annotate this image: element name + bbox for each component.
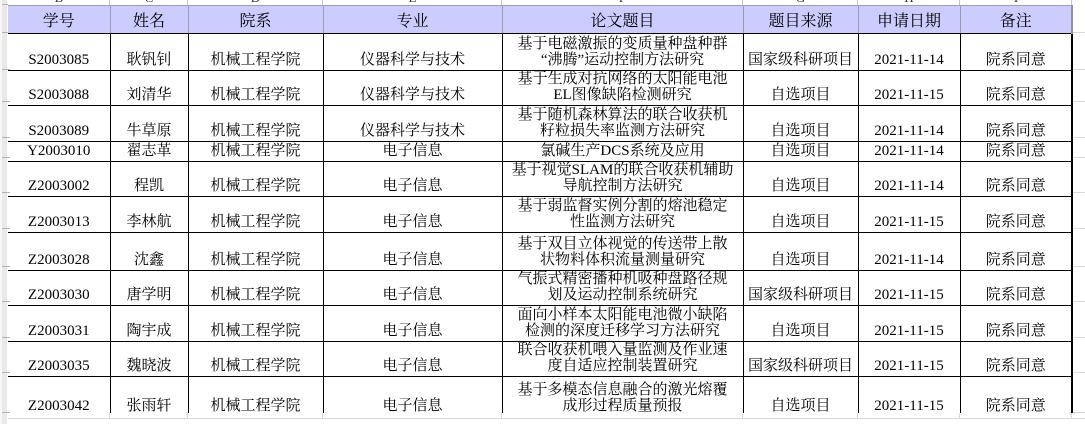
cell-topic-source[interactable]: 自选项目 <box>743 142 858 162</box>
cell-name[interactable]: 沈鑫 <box>110 233 188 271</box>
cell-apply-date[interactable]: 2021-11-14 <box>858 34 960 71</box>
gridline <box>1073 372 1085 373</box>
cell-name[interactable]: 程凯 <box>110 162 188 197</box>
table-row: S2003085 耿钒钊 机械工程学院 仪器科学与技术 基于电磁激振的变质量种盘… <box>8 34 1072 71</box>
cell-remark[interactable]: 院系同意 <box>960 306 1072 342</box>
cell-name[interactable]: 李林航 <box>110 197 188 233</box>
column-header-name[interactable]: 姓名 <box>110 6 188 34</box>
cell-remark[interactable]: 院系同意 <box>960 377 1072 417</box>
column-letter[interactable]: F <box>502 0 743 4</box>
cell-apply-date[interactable]: 2021-11-14 <box>858 106 960 142</box>
cell-topic-source[interactable]: 自选项目 <box>743 306 858 342</box>
cell-department[interactable]: 机械工程学院 <box>188 142 323 162</box>
cell-major[interactable]: 仪器科学与技术 <box>323 106 502 142</box>
column-header-title[interactable]: 论文题目 <box>502 6 743 34</box>
table-row: S2003089 牛草原 机械工程学院 仪器科学与技术 基于随机森林算法的联合收… <box>8 106 1072 142</box>
table-header-row: 学号姓名院系专业论文题目题目来源申请日期备注 <box>8 6 1072 34</box>
cell-name[interactable]: 陶宇成 <box>110 306 188 342</box>
right-gridline-filler <box>1073 5 1085 424</box>
cell-apply-date[interactable]: 2021-11-15 <box>858 271 960 306</box>
cell-name[interactable]: 唐学明 <box>110 271 188 306</box>
cell-major[interactable]: 电子信息 <box>323 197 502 233</box>
cell-name[interactable]: 魏晓波 <box>110 342 188 377</box>
spreadsheet-view: BCDEFGHI 学号姓名院系专业论文题目题目来源申请日期备注 S2003085… <box>0 0 1085 424</box>
cell-student-id[interactable]: Z2003002 <box>8 162 110 197</box>
cell-remark[interactable]: 院系同意 <box>960 271 1072 306</box>
table-row: Z2003030 唐学明 机械工程学院 电子信息 气振式精密播种机吸种盘路径规 … <box>8 271 1072 306</box>
cell-major[interactable]: 电子信息 <box>323 342 502 377</box>
column-letter[interactable]: C <box>110 0 188 4</box>
column-letter[interactable]: H <box>858 0 960 4</box>
cell-remark[interactable]: 院系同意 <box>960 34 1072 71</box>
column-header-id[interactable]: 学号 <box>8 6 110 34</box>
gridline <box>1073 69 1085 70</box>
cell-student-id[interactable]: Z2003042 <box>8 377 110 417</box>
gridline <box>1073 266 1085 267</box>
cell-student-id[interactable]: Z2003035 <box>8 342 110 377</box>
cell-thesis-title[interactable]: 基于电磁激振的变质量种盘种群 “沸腾”运动控制方法研究 <box>502 34 743 71</box>
cell-student-id[interactable]: Y2003010 <box>8 142 110 162</box>
cell-thesis-title[interactable]: 基于随机森林算法的联合收获机 籽粒损失率监测方法研究 <box>502 106 743 142</box>
cell-department[interactable]: 机械工程学院 <box>188 342 323 377</box>
cell-apply-date[interactable]: 2021-11-14 <box>858 162 960 197</box>
table-row: Z2003013 李林航 机械工程学院 电子信息 基于弱监督实例分割的熔池稳定 … <box>8 197 1072 233</box>
cell-student-id[interactable]: Z2003030 <box>8 271 110 306</box>
cell-topic-source[interactable]: 国家级科研项目 <box>743 34 858 71</box>
cell-major[interactable]: 仪器科学与技术 <box>323 34 502 71</box>
cell-remark[interactable]: 院系同意 <box>960 142 1072 162</box>
cell-thesis-title[interactable]: 基于双目立体视觉的传送带上散 状物料体积流量测量研究 <box>502 233 743 271</box>
cell-apply-date[interactable]: 2021-11-15 <box>858 197 960 233</box>
gridline <box>1073 192 1085 193</box>
cell-thesis-title[interactable]: 联合收获机喂入量监测及作业速 度自适应控制装置研究 <box>502 342 743 377</box>
gridline <box>109 413 110 418</box>
gridline <box>1073 137 1085 138</box>
cell-major[interactable]: 电子信息 <box>323 306 502 342</box>
cell-topic-source[interactable]: 国家级科研项目 <box>743 342 858 377</box>
cell-department[interactable]: 机械工程学院 <box>188 233 323 271</box>
gridline <box>742 413 743 418</box>
cell-remark[interactable]: 院系同意 <box>960 71 1072 106</box>
gridline <box>1073 101 1085 102</box>
cell-major[interactable]: 电子信息 <box>323 142 502 162</box>
cell-apply-date[interactable]: 2021-11-15 <box>858 306 960 342</box>
column-letter[interactable]: G <box>743 0 858 4</box>
table-row: Z2003042 张雨轩 机械工程学院 电子信息 基于多模态信息融合的激光熔覆 … <box>8 377 1072 417</box>
cell-department[interactable]: 机械工程学院 <box>188 377 323 417</box>
cell-thesis-title[interactable]: 基于视觉SLAM的联合收获机辅助 导航控制方法研究 <box>502 162 743 197</box>
cell-department[interactable]: 机械工程学院 <box>188 271 323 306</box>
column-header-dept[interactable]: 院系 <box>188 6 323 34</box>
column-letter[interactable]: B <box>8 0 110 4</box>
cell-topic-source[interactable]: 自选项目 <box>743 233 858 271</box>
gridline <box>1073 157 1085 158</box>
cell-thesis-title[interactable]: 基于弱监督实例分割的熔池稳定 性监测方法研究 <box>502 197 743 233</box>
cell-remark[interactable]: 院系同意 <box>960 233 1072 271</box>
cell-department[interactable]: 机械工程学院 <box>188 197 323 233</box>
cell-student-id[interactable]: Z2003031 <box>8 306 110 342</box>
cell-major[interactable]: 电子信息 <box>323 233 502 271</box>
column-letter[interactable]: E <box>323 0 502 4</box>
cell-name[interactable]: 刘清华 <box>110 71 188 106</box>
cell-remark[interactable]: 院系同意 <box>960 197 1072 233</box>
column-header-major[interactable]: 专业 <box>323 6 502 34</box>
cell-name[interactable]: 牛草原 <box>110 106 188 142</box>
cell-apply-date[interactable]: 2021-11-14 <box>858 142 960 162</box>
cell-department[interactable]: 机械工程学院 <box>188 71 323 106</box>
cell-topic-source[interactable]: 国家级科研项目 <box>743 271 858 306</box>
cell-major[interactable]: 电子信息 <box>323 377 502 417</box>
cell-major[interactable]: 电子信息 <box>323 271 502 306</box>
cell-student-id[interactable]: S2003085 <box>8 34 110 71</box>
cell-student-id[interactable]: Z2003013 <box>8 197 110 233</box>
cell-thesis-title[interactable]: 基于生成对抗网络的太阳能电池 EL图像缺陷检测研究 <box>502 71 743 106</box>
gridline <box>1073 301 1085 302</box>
cell-name[interactable]: 翟志革 <box>110 142 188 162</box>
column-header-source[interactable]: 题目来源 <box>743 6 858 34</box>
cell-remark[interactable]: 院系同意 <box>960 106 1072 142</box>
cell-apply-date[interactable]: 2021-11-15 <box>858 342 960 377</box>
cell-remark[interactable]: 院系同意 <box>960 342 1072 377</box>
cell-thesis-title[interactable]: 基于多模态信息融合的激光熔覆 成形过程质量预报 <box>502 377 743 417</box>
cell-department[interactable]: 机械工程学院 <box>188 306 323 342</box>
cell-apply-date[interactable]: 2021-11-15 <box>858 71 960 106</box>
cell-thesis-title[interactable]: 氯碱生产DCS系统及应用 <box>502 142 743 162</box>
cell-remark[interactable]: 院系同意 <box>960 162 1072 197</box>
gridline <box>187 413 188 418</box>
gridline <box>8 418 1085 419</box>
gridline <box>322 413 323 418</box>
cell-topic-source[interactable]: 自选项目 <box>743 162 858 197</box>
cell-student-id[interactable]: S2003089 <box>8 106 110 142</box>
gridline <box>1073 32 1085 33</box>
cell-apply-date[interactable]: 2021-11-14 <box>858 233 960 271</box>
cell-topic-source[interactable]: 自选项目 <box>743 197 858 233</box>
cell-student-id[interactable]: S2003088 <box>8 71 110 106</box>
cell-topic-source[interactable]: 自选项目 <box>743 71 858 106</box>
cell-name[interactable]: 耿钒钊 <box>110 34 188 71</box>
cell-department[interactable]: 机械工程学院 <box>188 106 323 142</box>
cell-major[interactable]: 电子信息 <box>323 162 502 197</box>
table-row: Y2003010 翟志革 机械工程学院 电子信息 氯碱生产DCS系统及应用 自选… <box>8 142 1072 162</box>
column-letter[interactable]: D <box>188 0 323 4</box>
gridline <box>1071 413 1072 418</box>
cell-major[interactable]: 仪器科学与技术 <box>323 71 502 106</box>
cell-student-id[interactable]: Z2003028 <box>8 233 110 271</box>
cell-thesis-title[interactable]: 面向小样本太阳能电池微小缺陷 检测的深度迁移学习方法研究 <box>502 306 743 342</box>
gridline <box>1073 337 1085 338</box>
row-header-strip[interactable] <box>0 0 8 424</box>
table-row: S2003088 刘清华 机械工程学院 仪器科学与技术 基于生成对抗网络的太阳能… <box>8 71 1072 106</box>
gridline <box>501 413 502 418</box>
column-header-remark[interactable]: 备注 <box>960 6 1072 34</box>
cell-topic-source[interactable]: 自选项目 <box>743 106 858 142</box>
cell-name[interactable]: 张雨轩 <box>110 377 188 417</box>
cell-department[interactable]: 机械工程学院 <box>188 162 323 197</box>
table-row: Z2003031 陶宇成 机械工程学院 电子信息 面向小样本太阳能电池微小缺陷 … <box>8 306 1072 342</box>
gridline <box>959 413 960 418</box>
cell-thesis-title[interactable]: 气振式精密播种机吸种盘路径规 划及运动控制系统研究 <box>502 271 743 306</box>
cell-department[interactable]: 机械工程学院 <box>188 34 323 71</box>
column-header-date[interactable]: 申请日期 <box>858 6 960 34</box>
table-row: Z2003035 魏晓波 机械工程学院 电子信息 联合收获机喂入量监测及作业速 … <box>8 342 1072 377</box>
table-row: Z2003028 沈鑫 机械工程学院 电子信息 基于双目立体视觉的传送带上散 状… <box>8 233 1072 271</box>
gridline <box>857 413 858 418</box>
thesis-application-table: 学号姓名院系专业论文题目题目来源申请日期备注 S2003085 耿钒钊 机械工程… <box>8 5 1073 417</box>
table-row: Z2003002 程凯 机械工程学院 电子信息 基于视觉SLAM的联合收获机辅助… <box>8 162 1072 197</box>
cell-topic-source[interactable]: 自选项目 <box>743 377 858 417</box>
bottom-gridline-filler <box>8 413 1085 424</box>
gridline <box>1073 228 1085 229</box>
cell-apply-date[interactable]: 2021-11-15 <box>858 377 960 417</box>
column-letter[interactable]: I <box>960 0 1072 4</box>
